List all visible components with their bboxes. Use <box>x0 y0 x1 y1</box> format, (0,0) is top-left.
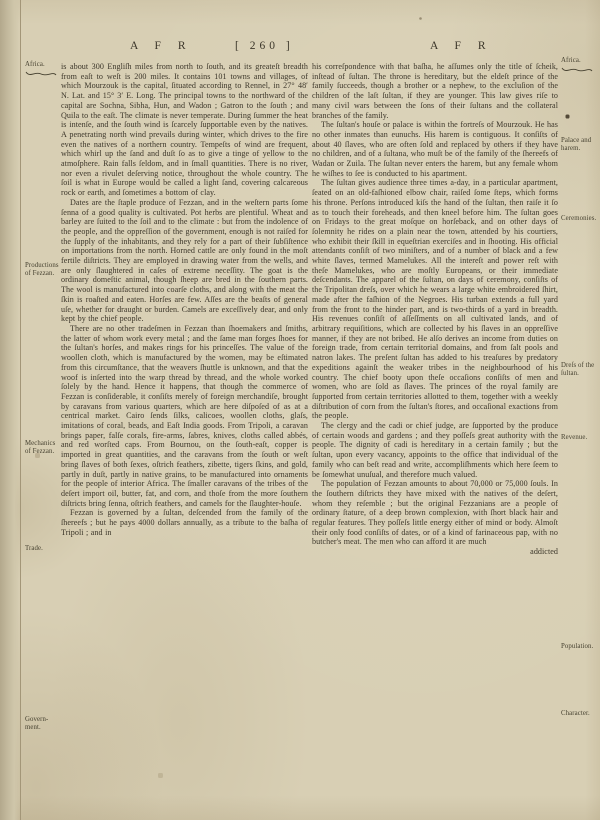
paragraph-mechanics-trade: There are no other tradeſmen in Fezzan t… <box>61 324 308 508</box>
sidenote-government: Govern- ment. <box>25 716 60 732</box>
sidenote-productions: Productions of Fezzan. <box>25 262 60 278</box>
sidenote-text: Africa. <box>561 57 581 64</box>
sidenote-character: Character. <box>561 710 598 718</box>
running-title-right: A F R <box>430 40 493 52</box>
sidenote-dress-of-sultan: Dreſs of the ſultan. <box>561 362 598 378</box>
page-number: [ 260 ] <box>235 40 294 52</box>
paragraph-succession: his correſpondence with that baſha, he a… <box>312 62 558 120</box>
paragraph-government: Fezzan is governed by a ſultan, deſcende… <box>61 508 308 537</box>
sidenote-africa-right: Africa. <box>561 57 598 74</box>
sidenote-revenue: Revenue. <box>561 434 598 442</box>
sidenote-population: Population. <box>561 643 598 651</box>
left-text-column: is about 300 Engliſh miles from north to… <box>61 62 308 537</box>
paragraph-clergy-cadi: The clergy and the cadi or chief judge, … <box>312 421 558 479</box>
continuation-word: addicted <box>312 547 558 557</box>
sidenote-trade: Trade. <box>25 545 60 553</box>
paragraph-climate: is about 300 Engliſh miles from north to… <box>61 62 308 198</box>
right-text-column: his correſpondence with that baſha, he a… <box>312 62 558 557</box>
paragraph-ceremonies-revenue: The ſultan gives audience three times a-… <box>312 178 558 421</box>
running-title-left: A F R <box>130 40 193 52</box>
book-page-edge <box>0 0 21 820</box>
flourish-swash <box>25 70 60 78</box>
paper-speckles <box>0 0 1 1</box>
sidenote-text: Africa. <box>25 61 45 68</box>
sidenote-africa-left: Africa. <box>25 61 60 78</box>
paragraph-population-character: The population of Fezzan amounts to abou… <box>312 479 558 547</box>
flourish-swash <box>561 66 598 74</box>
sidenote-palace-harem: Palace and harem. <box>561 137 598 153</box>
running-header: A F R [ 260 ] A F R <box>0 40 600 56</box>
paragraph-productions: Dates are the ſtaple produce of Fezzan, … <box>61 198 308 324</box>
sidenote-ceremonies: Ceremonies. <box>561 215 598 223</box>
sidenote-mechanics: Mechanics of Fezzan. <box>25 440 60 456</box>
paragraph-palace-harem: The ſultan's houſe or palace is within t… <box>312 120 558 178</box>
